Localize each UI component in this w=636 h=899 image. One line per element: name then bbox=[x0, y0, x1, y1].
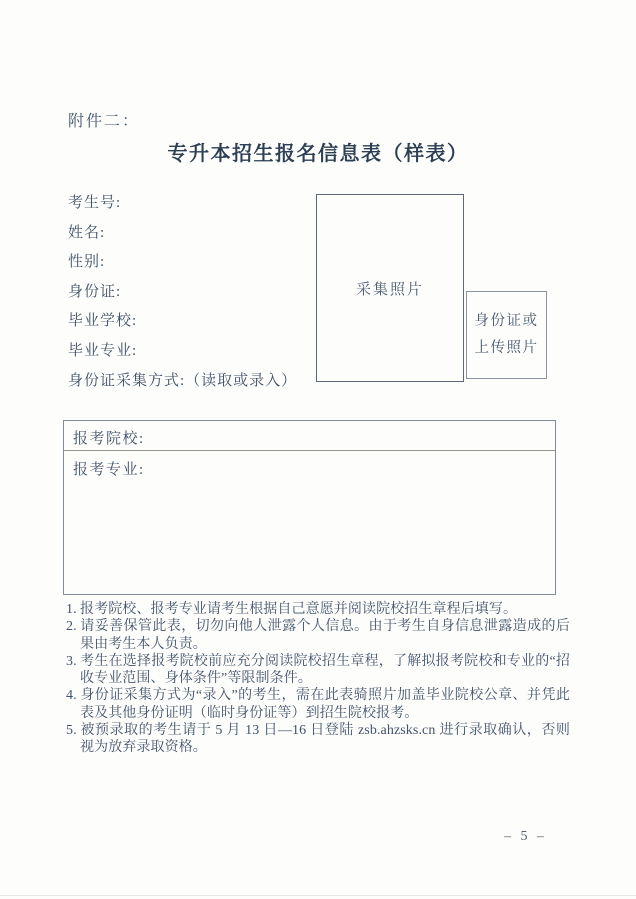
notes-list: 1.报考院校、报考专业请考生根据自己意愿并阅读院校招生章程后填写。2.请妥善保管… bbox=[66, 601, 570, 757]
note-text: 被预录取的考生请于 5 月 13 日—16 日登陆 zsb.ahzsks.cn … bbox=[80, 723, 570, 755]
id-upload-line-2: 上传照片 bbox=[475, 340, 539, 357]
note-marker: 3. bbox=[66, 653, 80, 670]
note-marker: 5. bbox=[66, 722, 80, 739]
document-page: 附件二： 专升本招生报名信息表（样表） 考生号:姓名:性别:身份证:毕业学校:毕… bbox=[0, 0, 636, 899]
apply-school-row: 报考院校: bbox=[64, 421, 555, 451]
form-field-label: 毕业学校: bbox=[68, 307, 313, 337]
note-item: 3.考生在选择报考院校前应充分阅读院校招生章程，了解拟报考院校和专业的“招收专业… bbox=[66, 653, 570, 688]
form-field-label: 身份证: bbox=[68, 278, 313, 308]
id-upload-line-1: 身份证或 bbox=[475, 313, 539, 330]
apply-major-row: 报考专业: bbox=[64, 451, 555, 479]
note-item: 4.身份证采集方式为“录入”的考生，需在此表骑照片加盖毕业院校公章、并凭此表及其… bbox=[66, 687, 570, 722]
note-text: 身份证采集方式为“录入”的考生，需在此表骑照片加盖毕业院校公章、并凭此表及其他身… bbox=[80, 688, 570, 720]
page-title: 专升本招生报名信息表（样表） bbox=[0, 137, 636, 166]
photo-collect-label: 采集照片 bbox=[356, 278, 424, 299]
note-text: 请妥善保管此表，切勿向他人泄露个人信息。由于考生自身信息泄露造成的后果由考生本人… bbox=[80, 619, 570, 651]
id-upload-photo-box: 身份证或 上传照片 bbox=[466, 291, 547, 379]
note-item: 2.请妥善保管此表，切勿向他人泄露个人信息。由于考生自身信息泄露造成的后果由考生… bbox=[66, 618, 570, 653]
attachment-label: 附件二： bbox=[68, 108, 140, 131]
form-fields: 考生号:姓名:性别:身份证:毕业学校:毕业专业:身份证采集方式:（读取或录入） bbox=[68, 189, 313, 396]
note-item: 5.被预录取的考生请于 5 月 13 日—16 日登陆 zsb.ahzsks.c… bbox=[66, 722, 570, 757]
note-marker: 1. bbox=[66, 601, 80, 618]
note-marker: 4. bbox=[66, 687, 80, 704]
form-field-label: 考生号: bbox=[68, 189, 313, 219]
form-field-label: 性别: bbox=[68, 248, 313, 278]
form-field-label: 姓名: bbox=[68, 219, 313, 249]
apply-school-label: 报考院校: bbox=[73, 431, 145, 447]
note-text: 考生在选择报考院校前应充分阅读院校招生章程，了解拟报考院校和专业的“招收专业范围… bbox=[80, 654, 570, 686]
page-number: – 5 – bbox=[504, 829, 547, 845]
photo-collect-box: 采集照片 bbox=[316, 194, 464, 382]
application-box: 报考院校: 报考专业: bbox=[63, 420, 556, 595]
form-field-label: 身份证采集方式:（读取或录入） bbox=[68, 367, 313, 397]
apply-major-label: 报考专业: bbox=[73, 462, 145, 478]
note-marker: 2. bbox=[66, 618, 80, 635]
form-field-label: 毕业专业: bbox=[68, 337, 313, 367]
note-text: 报考院校、报考专业请考生根据自己意愿并阅读院校招生章程后填写。 bbox=[80, 602, 517, 617]
note-item: 1.报考院校、报考专业请考生根据自己意愿并阅读院校招生章程后填写。 bbox=[66, 601, 570, 618]
